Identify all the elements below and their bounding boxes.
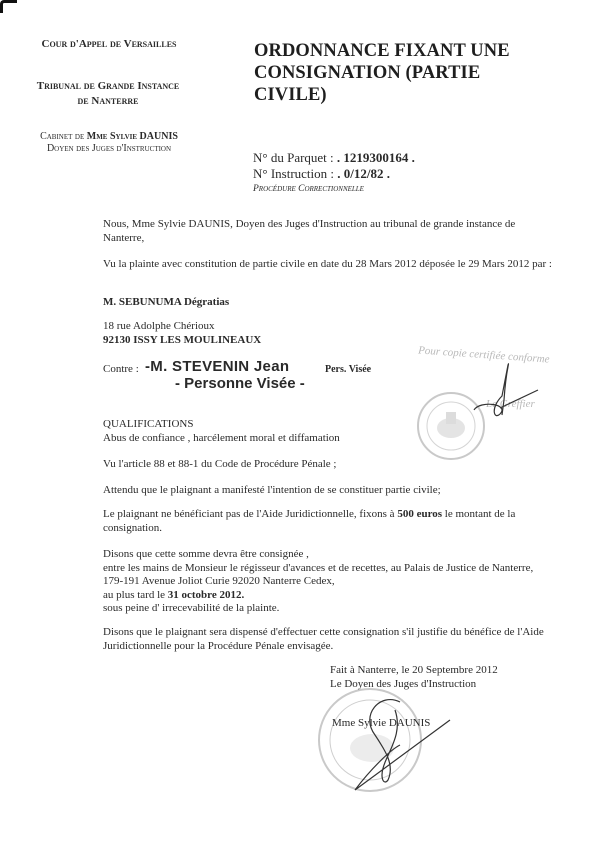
consignation-amount-paragraph: Le plaignant ne bénéficiant pas de l'Aid… [103, 508, 553, 535]
contre-label: Contre : [103, 363, 139, 375]
cabinet-name: Mme Sylvie DAUNIS [87, 131, 178, 142]
defendant-name: -M. STEVENIN Jean [145, 358, 289, 375]
attendu-paragraph: Attendu que le plaignant a manifesté l'i… [103, 484, 553, 498]
payment-deadline: 31 octobre 2012. [168, 589, 244, 601]
intro-paragraph: Nous, Mme Sylvie DAUNIS, Doyen des Juges… [103, 218, 553, 245]
defendant-status: - Personne Visée - [175, 375, 305, 392]
qualifications-block: QUALIFICATIONS Abus de confiance , harcé… [103, 418, 553, 445]
qualifications-heading: QUALIFICATIONS [103, 418, 553, 432]
plaintiff-name: M. SEBUNUMA Dégratias [103, 296, 553, 310]
procedure-type: Procédure Correctionnelle [253, 182, 415, 196]
document-title: ORDONNANCE FIXANT UNE CONSIGNATION (PART… [254, 40, 584, 106]
signature-block: Fait à Nanterre, le 20 Septembre 2012 Le… [330, 664, 560, 691]
qualifications-text: Abus de confiance , harcélement moral et… [103, 432, 553, 446]
scan-corner-mark [0, 0, 17, 13]
court-name: Cour d'Appel de Versailles [24, 38, 194, 50]
greffier-signature [470, 360, 540, 420]
case-references: N° du Parquet : . 1219300164 . N° Instru… [253, 150, 415, 196]
tribunal-line2: de Nanterre [18, 94, 198, 109]
place-date: Fait à Nanterre, le 20 Septembre 2012 [330, 664, 560, 678]
defendant-tag: Pers. Visée [325, 364, 371, 375]
plaintiff-address: 18 rue Adolphe Chérioux 92130 ISSY LES M… [103, 320, 553, 347]
cabinet-prefix: Cabinet de [40, 131, 87, 142]
payment-instructions: Disons que cette somme devra être consig… [103, 548, 553, 616]
cabinet-role: Doyen des Juges d'Instruction [24, 143, 194, 155]
instruction-number: N° Instruction : . 0/12/82 . [253, 166, 415, 182]
consignation-amount: 500 euros [397, 508, 442, 520]
title-line3: CIVILE) [254, 84, 584, 106]
judge-signature [340, 690, 460, 800]
title-line1: ORDONNANCE FIXANT UNE [254, 40, 584, 62]
complaint-paragraph: Vu la plainte avec constitution de parti… [103, 258, 553, 272]
exemption-paragraph: Disons que le plaignant sera dispensé d'… [103, 626, 553, 653]
parquet-number: N° du Parquet : . 1219300164 . [253, 150, 415, 166]
title-line2: CONSIGNATION (PARTIE [254, 62, 584, 84]
tribunal-name: Tribunal de Grande Instance de Nanterre [18, 79, 198, 109]
article-reference: Vu l'article 88 et 88-1 du Code de Procé… [103, 458, 553, 472]
tribunal-line1: Tribunal de Grande Instance [18, 79, 198, 94]
cabinet-block: Cabinet de Mme Sylvie DAUNIS Doyen des J… [24, 131, 194, 155]
